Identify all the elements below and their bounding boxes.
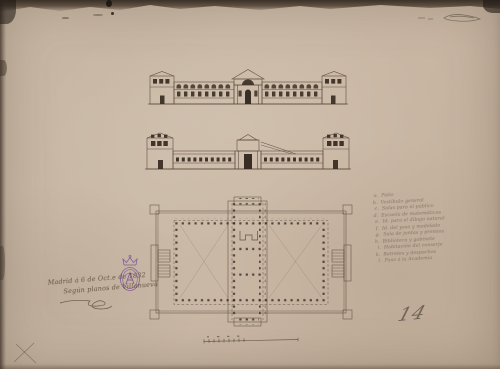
legend-prefix: l. xyxy=(375,259,382,266)
edge-smudge-left-1 xyxy=(0,60,7,76)
x-mark-bottom-left xyxy=(10,338,40,366)
signature-flourish xyxy=(58,296,114,314)
bottom-edge-shade xyxy=(0,364,500,369)
pencil-dash-top-2 xyxy=(93,14,103,16)
scale-bar xyxy=(198,332,304,346)
pencil-dash-top-1 xyxy=(62,17,69,19)
pencil-scribble-top-right xyxy=(414,9,486,27)
ink-blot-top-2 xyxy=(111,12,114,15)
floor-plan-drawing xyxy=(148,195,354,328)
column-grid xyxy=(174,198,328,325)
left-edge-shadow xyxy=(0,0,6,369)
legend: a.Patio b.Vestíbulo general c.Salas para… xyxy=(370,188,494,266)
scanned-drawing-sheet: Madrid á 6 de Oct.e de 1832 Según planos… xyxy=(0,0,500,369)
edge-smudge-left-2 xyxy=(0,246,5,280)
elevation-principal-drawing xyxy=(147,63,349,108)
ink-blot-top-1 xyxy=(106,0,112,7)
elevation-second-drawing xyxy=(144,127,352,173)
